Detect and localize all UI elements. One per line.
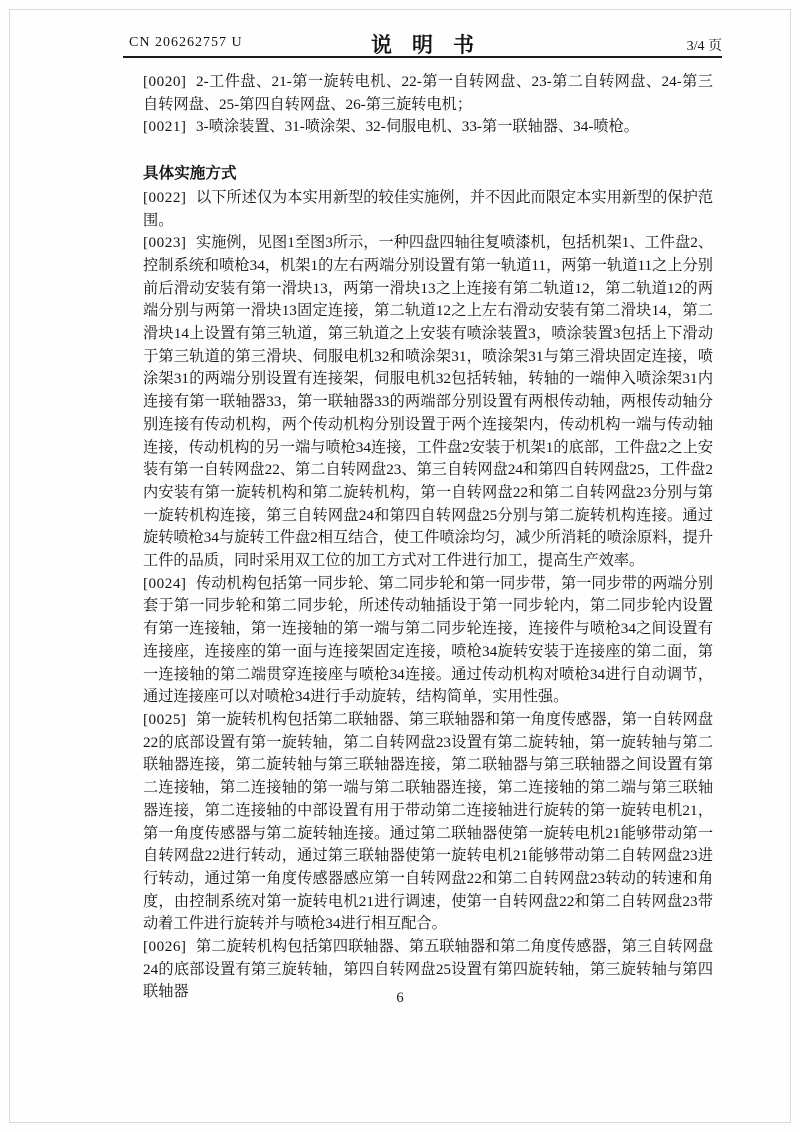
document-title: 说明书 [371, 29, 494, 59]
page-number: 6 [396, 990, 403, 1006]
paragraph-number: [0025] [143, 709, 196, 732]
paragraph-text: 2-工件盘、21-第一旋转电机、22-第一自转网盘、23-第二自转网盘、24-第… [143, 73, 713, 113]
paragraph-number: [0021] [143, 116, 196, 139]
paragraph-number: [0023] [143, 232, 196, 255]
paragraph-number: [0026] [143, 936, 196, 959]
header-title-wrap: 说明书 [123, 29, 722, 59]
paragraph-0025: [0025]第一旋转机构包括第二联轴器、第三联轴器和第一角度传感器，第一自转网盘… [143, 709, 713, 936]
paragraph-number: [0022] [143, 187, 196, 210]
page-header: CN 206262757 U 说明书 3/4 页 [123, 29, 722, 58]
paragraph-0023: [0023]实施例，见图1至图3所示，一种四盘四轴往复喷漆机，包括机架1、工件盘… [143, 232, 713, 573]
page-indicator: 3/4 页 [687, 35, 722, 55]
paragraph-0021: [0021]3-喷涂装置、31-喷涂架、32-伺服电机、33-第一联轴器、34-… [143, 116, 713, 139]
paragraph-text: 以下所述仅为本实用新型的较佳实施例，并不因此而限定本实用新型的保护范围。 [143, 189, 713, 229]
paragraph-text: 传动机构包括第一同步轮、第二同步轮和第一同步带，第一同步带的两端分别套于第一同步… [143, 575, 713, 706]
paragraph-0022: [0022]以下所述仅为本实用新型的较佳实施例，并不因此而限定本实用新型的保护范… [143, 187, 713, 232]
paragraph-0024: [0024]传动机构包括第一同步轮、第二同步轮和第一同步带，第一同步带的两端分别… [143, 573, 713, 709]
paragraph-text: 3-喷涂装置、31-喷涂架、32-伺服电机、33-第一联轴器、34-喷枪。 [196, 118, 639, 135]
description-body: [0020]2-工件盘、21-第一旋转电机、22-第一自转网盘、23-第二自转网… [143, 71, 713, 1004]
patent-description-page: CN 206262757 U 说明书 3/4 页 [0020]2-工件盘、21-… [0, 0, 800, 1132]
paragraph-text: 实施例，见图1至图3所示，一种四盘四轴往复喷漆机，包括机架1、工件盘2、控制系统… [143, 234, 713, 569]
paragraph-0020: [0020]2-工件盘、21-第一旋转电机、22-第一自转网盘、23-第二自转网… [143, 71, 713, 116]
section-heading: 具体实施方式 [143, 163, 713, 186]
page-footer: 6 [0, 990, 800, 1007]
paragraph-text: 第一旋转机构包括第二联轴器、第三联轴器和第一角度传感器，第一自转网盘22的底部设… [143, 711, 713, 932]
paragraph-number: [0020] [143, 71, 196, 94]
paragraph-number: [0024] [143, 573, 196, 596]
